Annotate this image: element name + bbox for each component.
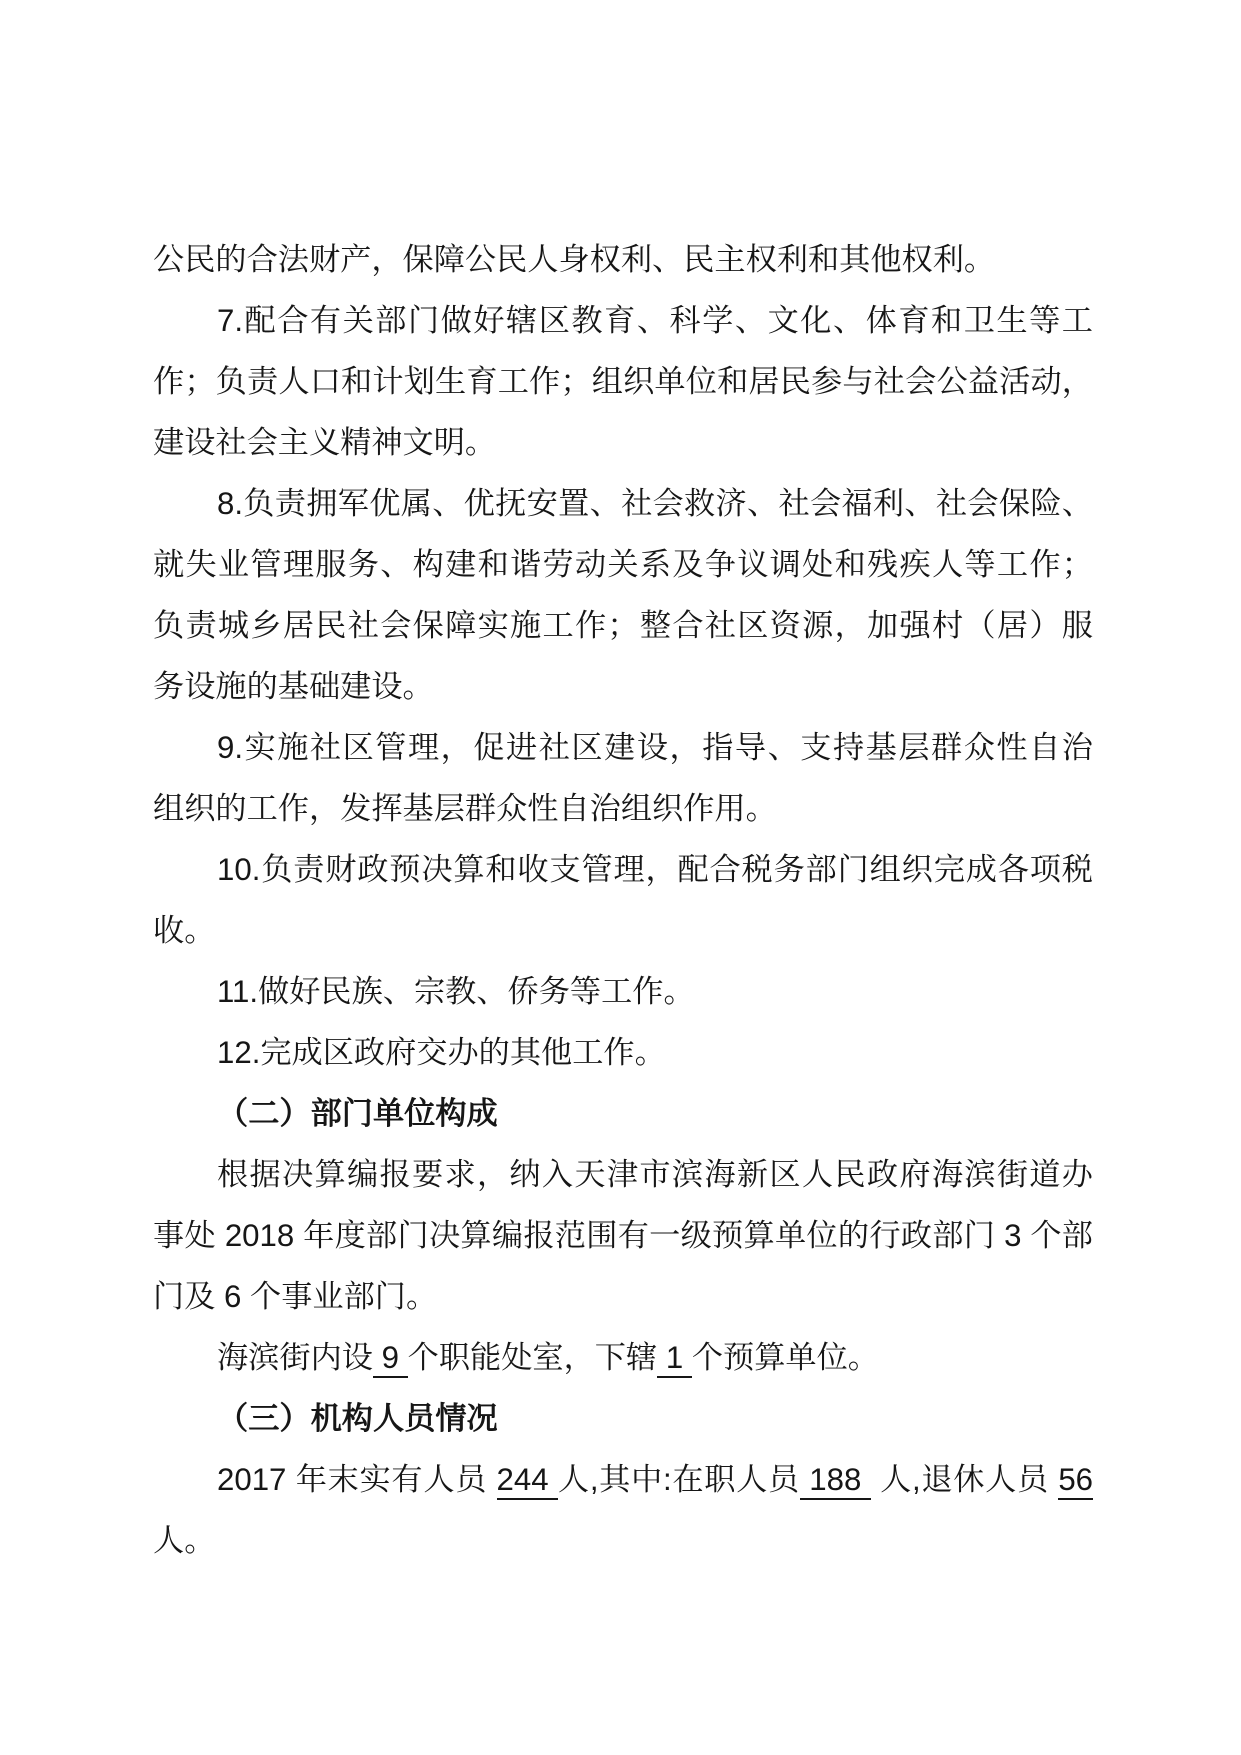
text-line: 根据决算编报要求，纳入天津市滨海新区人民政府海滨街道办 bbox=[153, 1144, 1093, 1205]
text-line: 12.完成区政府交办的其他工作。 bbox=[153, 1022, 1093, 1083]
document-body: 公民的合法财产，保障公民人身权利、民主权利和其他权利。7.配合有关部门做好辖区教… bbox=[153, 229, 1093, 1571]
text-segment: 9.实施社区管理，促进社区建设，指导、支持基层群众性自治 bbox=[217, 730, 1093, 765]
text-segment: 12.完成区政府交办的其他工作。 bbox=[217, 1035, 666, 1070]
section-heading: （二）部门单位构成 bbox=[153, 1083, 1093, 1144]
text-line: 2017 年末实有人员 244 人,其中:在职人员 188 人,退休人员 56 bbox=[153, 1449, 1093, 1510]
text-segment: 11.做好民族、宗教、侨务等工作。 bbox=[217, 974, 695, 1009]
text-segment: 门及 6 个事业部门。 bbox=[153, 1279, 437, 1314]
text-line: 公民的合法财产，保障公民人身权利、民主权利和其他权利。 bbox=[153, 229, 1093, 290]
underlined-number: 188 bbox=[800, 1462, 871, 1500]
section-heading: （三）机构人员情况 bbox=[153, 1388, 1093, 1449]
text-line: 作；负责人口和计划生育工作；组织单位和居民参与社会公益活动， bbox=[153, 351, 1093, 412]
text-line: 8.负责拥军优属、优抚安置、社会救济、社会福利、社会保险、 bbox=[153, 473, 1093, 534]
text-segment: 建设社会主义精神文明。 bbox=[153, 425, 496, 460]
text-segment: （二）部门单位构成 bbox=[217, 1096, 498, 1131]
text-line: 门及 6 个事业部门。 bbox=[153, 1266, 1093, 1327]
document-page: 公民的合法财产，保障公民人身权利、民主权利和其他权利。7.配合有关部门做好辖区教… bbox=[0, 0, 1241, 1755]
text-line: 负责城乡居民社会保障实施工作；整合社区资源，加强村（居）服 bbox=[153, 595, 1093, 656]
text-segment: 组织的工作，发挥基层群众性自治组织作用。 bbox=[153, 791, 777, 826]
text-segment: 10.负责财政预决算和收支管理，配合税务部门组织完成各项税 bbox=[217, 852, 1093, 887]
text-line: 人。 bbox=[153, 1510, 1093, 1571]
text-line: 7.配合有关部门做好辖区教育、科学、文化、体育和卫生等工 bbox=[153, 290, 1093, 351]
text-line: 建设社会主义精神文明。 bbox=[153, 412, 1093, 473]
text-segment: 7.配合有关部门做好辖区教育、科学、文化、体育和卫生等工 bbox=[217, 303, 1093, 338]
text-line: 事处 2018 年度部门决算编报范围有一级预算单位的行政部门 3 个部 bbox=[153, 1205, 1093, 1266]
text-segment: 人,其中:在职人员 bbox=[558, 1462, 800, 1497]
text-line: 海滨街内设 9 个职能处室，下辖 1 个预算单位。 bbox=[153, 1327, 1093, 1388]
text-segment: 负责城乡居民社会保障实施工作；整合社区资源，加强村（居）服 bbox=[153, 608, 1093, 643]
text-segment: 人。 bbox=[153, 1523, 215, 1558]
text-segment: 个职能处室，下辖 bbox=[408, 1340, 658, 1375]
text-line: 务设施的基础建设。 bbox=[153, 656, 1093, 717]
text-segment: （三）机构人员情况 bbox=[217, 1401, 498, 1436]
text-segment: 公民的合法财产，保障公民人身权利、民主权利和其他权利。 bbox=[153, 242, 995, 277]
underlined-number: 56 bbox=[1058, 1462, 1093, 1500]
text-line: 10.负责财政预决算和收支管理，配合税务部门组织完成各项税 bbox=[153, 839, 1093, 900]
text-segment: 就失业管理服务、构建和谐劳动关系及争议调处和残疾人等工作； bbox=[153, 547, 1093, 582]
text-line: 收。 bbox=[153, 900, 1093, 961]
text-segment: 根据决算编报要求，纳入天津市滨海新区人民政府海滨街道办 bbox=[217, 1157, 1093, 1192]
text-segment: 事处 2018 年度部门决算编报范围有一级预算单位的行政部门 3 个部 bbox=[153, 1218, 1093, 1253]
text-segment: 海滨街内设 bbox=[217, 1340, 373, 1375]
underlined-number: 244 bbox=[497, 1462, 558, 1500]
text-segment: 个预算单位。 bbox=[692, 1340, 879, 1375]
text-line: 11.做好民族、宗教、侨务等工作。 bbox=[153, 961, 1093, 1022]
underlined-number: 1 bbox=[657, 1340, 692, 1378]
text-segment: 8.负责拥军优属、优抚安置、社会救济、社会福利、社会保险、 bbox=[217, 486, 1093, 521]
text-line: 9.实施社区管理，促进社区建设，指导、支持基层群众性自治 bbox=[153, 717, 1093, 778]
text-segment: 收。 bbox=[153, 913, 215, 948]
text-segment: 人,退休人员 bbox=[871, 1462, 1059, 1497]
text-segment: 2017 年末实有人员 bbox=[217, 1462, 497, 1497]
text-segment: 务设施的基础建设。 bbox=[153, 669, 434, 704]
underlined-number: 9 bbox=[373, 1340, 408, 1378]
text-segment: 作；负责人口和计划生育工作；组织单位和居民参与社会公益活动， bbox=[153, 364, 1093, 399]
text-line: 就失业管理服务、构建和谐劳动关系及争议调处和残疾人等工作； bbox=[153, 534, 1093, 595]
text-line: 组织的工作，发挥基层群众性自治组织作用。 bbox=[153, 778, 1093, 839]
